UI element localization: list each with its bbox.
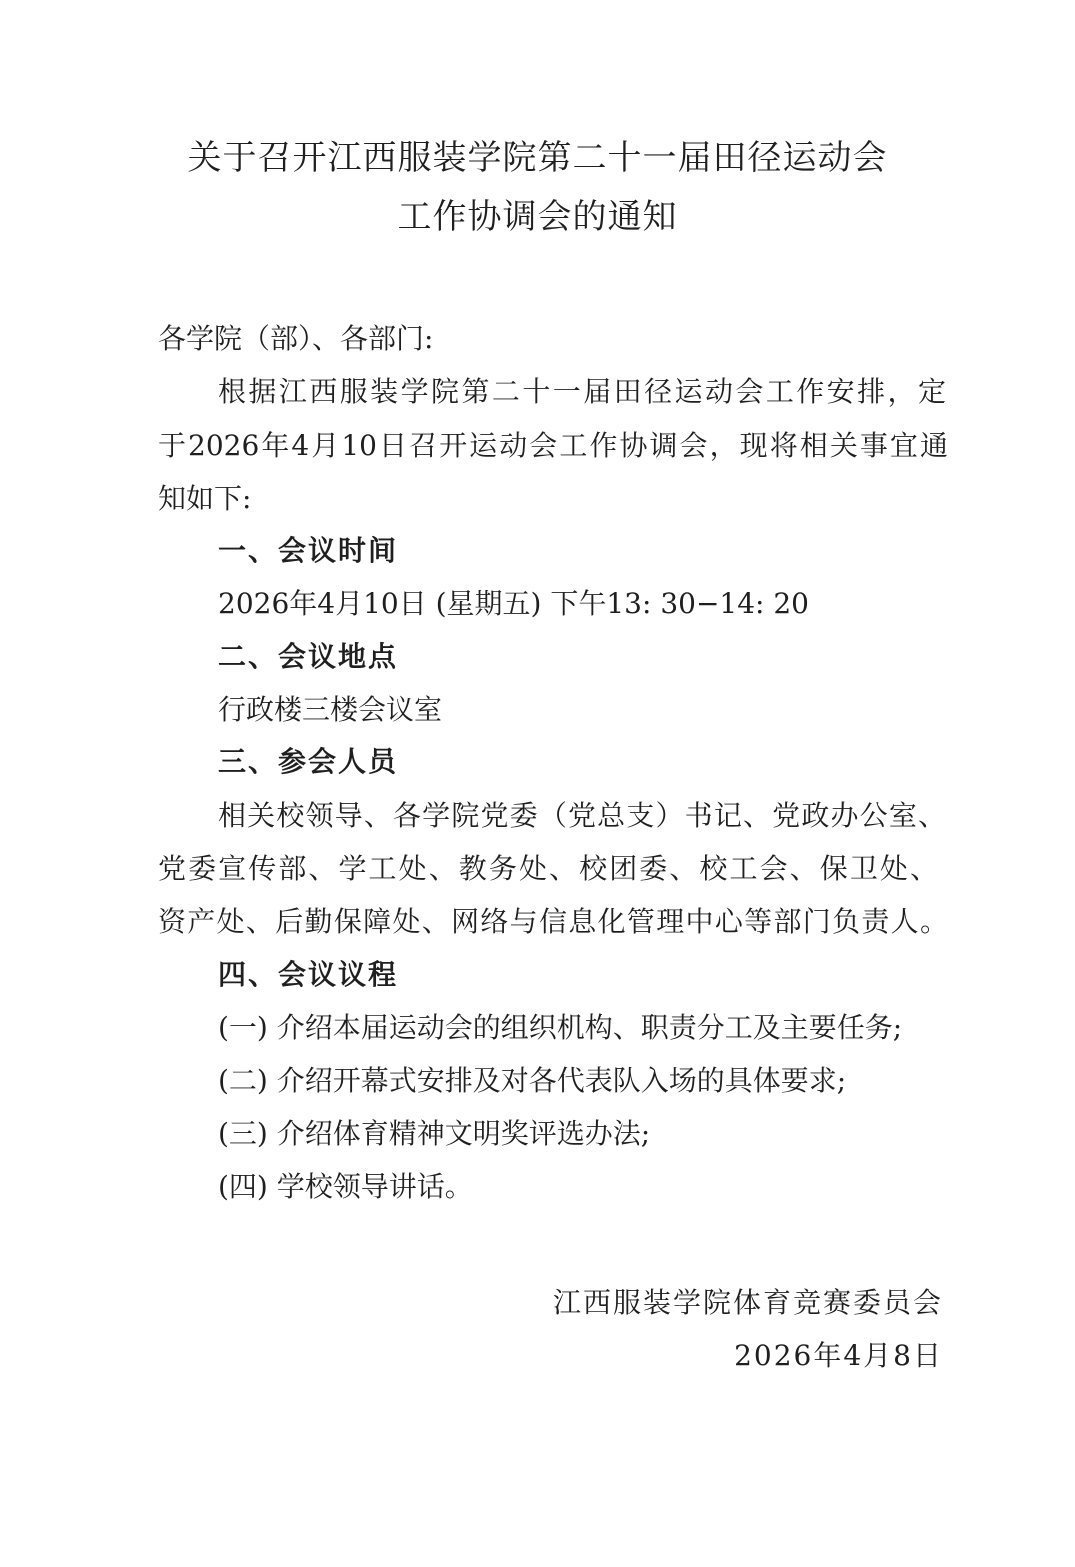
agenda-item-3: (三) 介绍体育精神文明奖评选办法;: [218, 1114, 650, 1154]
section-heading-time: 一、会议时间: [218, 531, 398, 571]
intro-paragraph-line-3: 知如下:: [158, 479, 251, 519]
agenda-item-1: (一) 介绍本届运动会的组织机构、职责分工及主要任务;: [218, 1008, 902, 1048]
document-page: 关于召开江西服装学院第二十一届田径运动会 工作协调会的通知 各学院（部）、各部门…: [0, 0, 1075, 1567]
agenda-item-4: (四) 学校领导讲话。: [218, 1167, 473, 1207]
signature-date: 2026年4月8日: [734, 1336, 943, 1376]
section-heading-location: 二、会议地点: [218, 637, 398, 677]
signature-organization: 江西服装学院体育竞赛委员会: [553, 1283, 943, 1323]
section-heading-attendees: 三、参会人员: [218, 742, 398, 782]
document-title-line-2: 工作协调会的通知: [0, 197, 1075, 237]
attendees-line-3: 资产处、后勤保障处、网络与信息化管理中心等部门负责人。: [158, 902, 948, 942]
salutation: 各学院（部）、各部门:: [158, 319, 433, 359]
agenda-item-2: (二) 介绍开幕式安排及对各代表队入场的具体要求;: [218, 1061, 846, 1101]
meeting-location: 行政楼三楼会议室: [218, 690, 442, 730]
intro-paragraph-line-1: 根据江西服装学院第二十一届田径运动会工作安排，定: [218, 372, 946, 412]
section-heading-agenda: 四、会议议程: [218, 955, 398, 995]
meeting-time: 2026年4月10日 (星期五) 下午13: 30−14: 20: [218, 584, 809, 624]
intro-paragraph-line-2: 于2026年4月10日召开运动会工作协调会，现将相关事宜通: [158, 426, 948, 466]
document-title-line-1: 关于召开江西服装学院第二十一届田径运动会: [0, 138, 1075, 178]
attendees-line-2: 党委宣传部、学工处、教务处、校团委、校工会、保卫处、: [158, 849, 938, 889]
attendees-line-1: 相关校领导、各学院党委（党总支）书记、党政办公室、: [218, 796, 946, 836]
